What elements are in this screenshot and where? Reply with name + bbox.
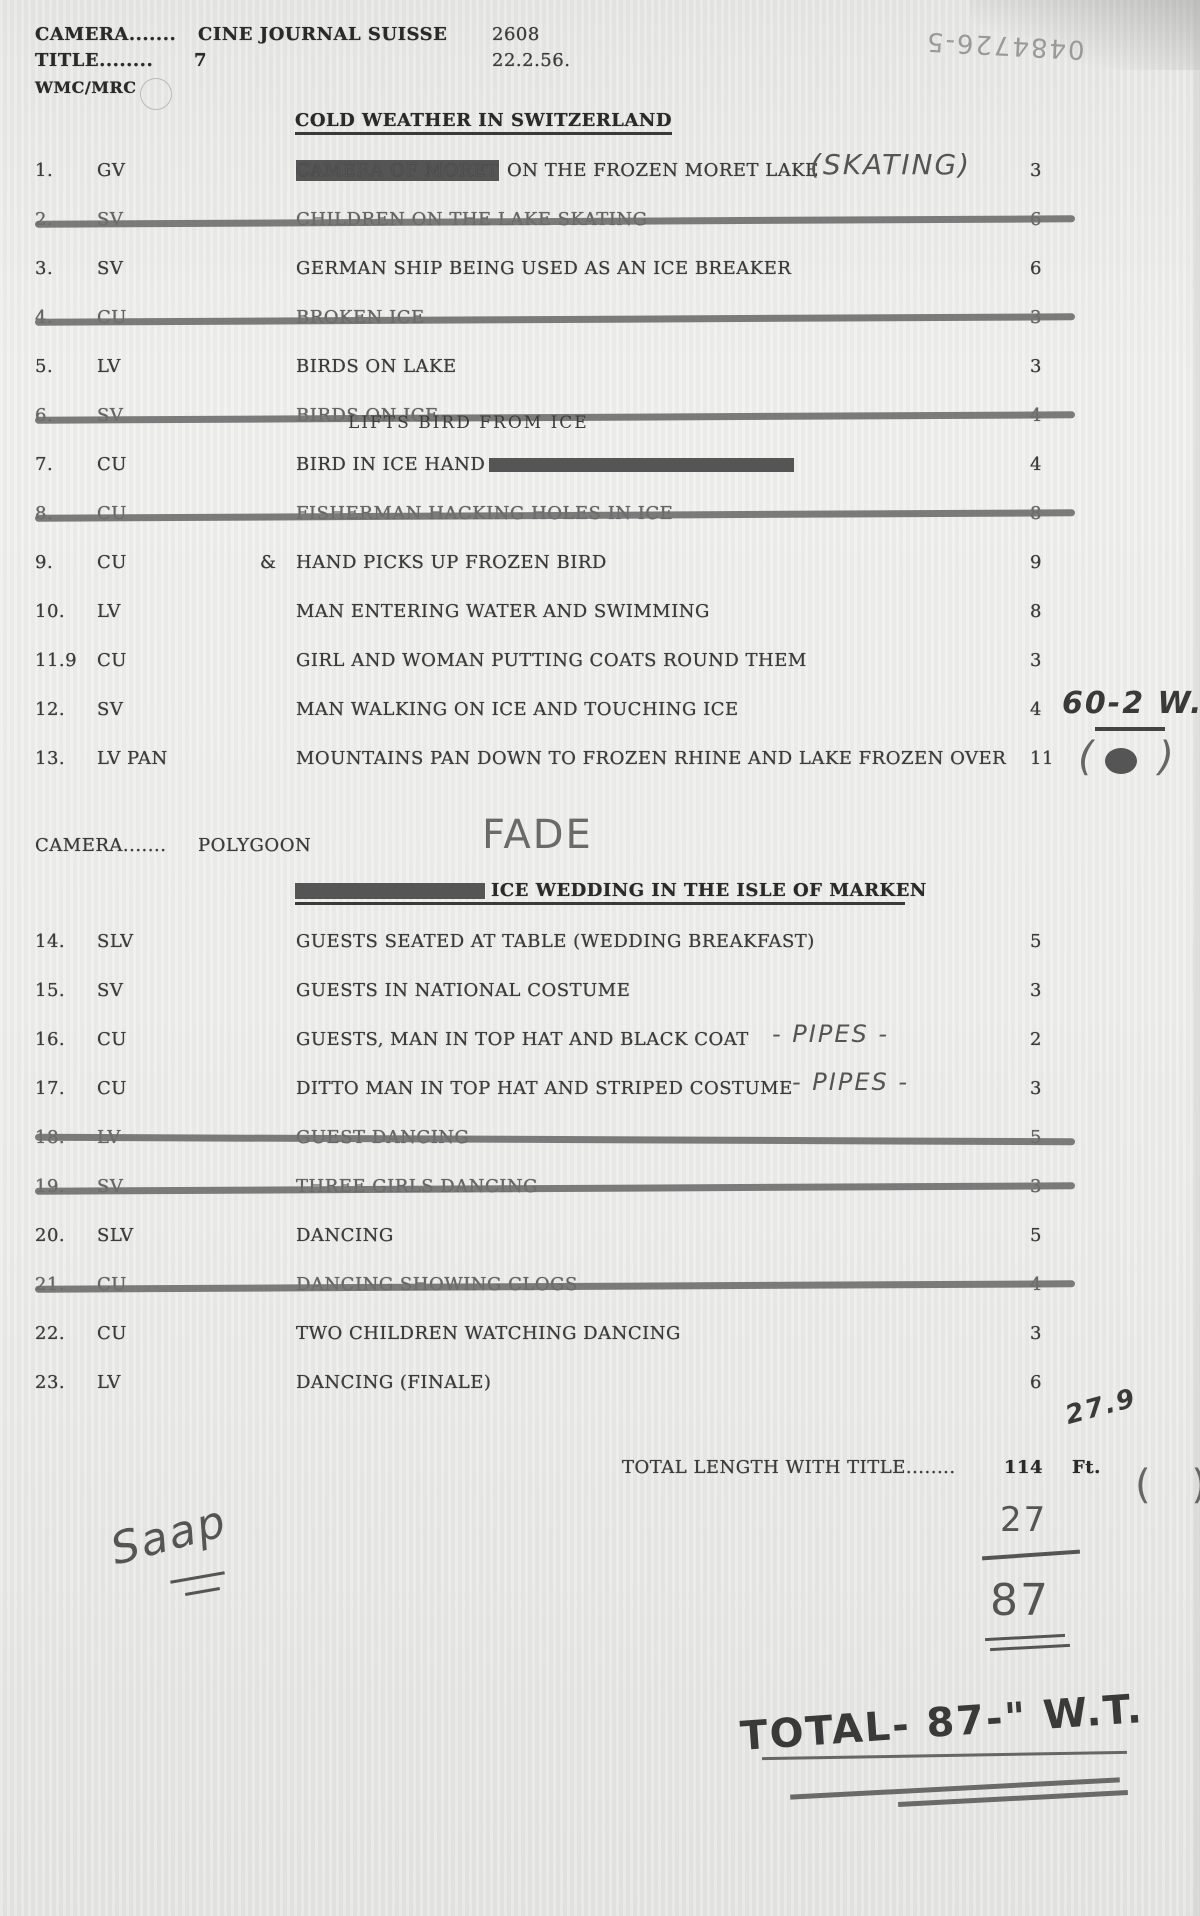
calc-double-underline-1: [985, 1634, 1065, 1641]
typed-over-block: [295, 883, 485, 899]
shot-length: 3: [1030, 1078, 1042, 1099]
initials: WMC/MRC: [35, 78, 137, 97]
shot-type: SLV: [97, 1225, 134, 1246]
date: 22.2.56.: [492, 50, 570, 71]
shot-row: 11.9CUGIRL AND WOMAN PUTTING COATS ROUND…: [0, 650, 1200, 680]
deleted-shot-row: 19.SVTHREE GIRLS DANCING3: [0, 1176, 1200, 1206]
deleted-shot-row: 21.CUDANCING SHOWING CLOGS4: [0, 1274, 1200, 1304]
shot-description: TWO CHILDREN WATCHING DANCING: [296, 1323, 681, 1344]
shot-row: 7.CUBIRD IN ICE HAND4: [0, 454, 1200, 484]
shot-row: 9.CU&HAND PICKS UP FROZEN BIRD9: [0, 552, 1200, 582]
shot-number: 3.: [35, 258, 53, 279]
camera-value: CINE JOURNAL SUISSE: [198, 24, 447, 45]
insert-above-shot-7: LIFTS BIRD FROM ICE: [348, 413, 589, 433]
shot-number: 10.: [35, 601, 65, 622]
shot-length: 4: [1030, 699, 1042, 720]
title-value: 7: [194, 50, 207, 71]
shot-type: LV: [97, 356, 121, 377]
shot-description: BIRDS ON LAKE: [296, 356, 457, 377]
story1-heading: COLD WEATHER IN SWITZERLAND: [295, 110, 672, 135]
shot-length: 3: [1030, 980, 1042, 1001]
shot-description: MOUNTAINS PAN DOWN TO FROZEN RHINE AND L…: [296, 748, 1006, 769]
shot-row: 16.CUGUESTS, MAN IN TOP HAT AND BLACK CO…: [0, 1029, 1200, 1059]
shot-number: 22.: [35, 1323, 65, 1344]
shot-length: 3: [1030, 650, 1042, 671]
shot-row: 14.SLVGUESTS SEATED AT TABLE (WEDDING BR…: [0, 931, 1200, 961]
shot-length: 3: [1030, 356, 1042, 377]
story2-camera-label: CAMERA.......: [35, 835, 166, 856]
shot-number: 23.: [35, 1372, 65, 1393]
shot-length: 6: [1030, 1372, 1042, 1393]
footer-bracket: ( ): [1135, 1462, 1200, 1508]
shot-length: 11: [1030, 748, 1054, 769]
shot-number: 14.: [35, 931, 65, 952]
shot-row: 3.SVGERMAN SHIP BEING USED AS AN ICE BRE…: [0, 258, 1200, 288]
strike-through-line: [35, 1182, 1075, 1194]
shot-description: MAN WALKING ON ICE AND TOUCHING ICE: [296, 699, 739, 720]
strike-through-line: [35, 1134, 1075, 1146]
shot-description: GERMAN SHIP BEING USED AS AN ICE BREAKER: [296, 258, 791, 279]
pipes-annotation-17: - PIPES -: [792, 1068, 909, 1096]
shot-row: 23.LVDANCING (FINALE)6: [0, 1372, 1200, 1402]
shot-type: CU: [97, 1323, 127, 1344]
shot-length: 5: [1030, 931, 1042, 952]
shot-description: DITTO MAN IN TOP HAT AND STRIPED COSTUME: [296, 1078, 793, 1099]
total-unit: Ft.: [1072, 1457, 1101, 1478]
calc-top: 27: [1000, 1500, 1047, 1540]
calc-double-underline-2: [990, 1644, 1070, 1651]
shot-type: SV: [97, 980, 123, 1001]
camera-label: CAMERA.......: [35, 24, 176, 45]
shot-type: LV PAN: [97, 748, 168, 769]
ampersand: &: [260, 552, 277, 573]
shot-length: 2: [1030, 1029, 1042, 1050]
shot-type: SLV: [97, 931, 134, 952]
shot-description: GIRL AND WOMAN PUTTING COATS ROUND THEM: [296, 650, 807, 671]
shot-row: 22.CUTWO CHILDREN WATCHING DANCING3: [0, 1323, 1200, 1353]
calc-result: 87: [990, 1575, 1050, 1626]
shot-description: DANCING: [296, 1225, 394, 1246]
ink-blot: [1105, 748, 1137, 774]
shot-description: BIRD IN ICE HAND: [296, 454, 794, 475]
shot-row: 17.CUDITTO MAN IN TOP HAT AND STRIPED CO…: [0, 1078, 1200, 1108]
shot-length: 3: [1030, 160, 1042, 181]
shot-type: SV: [97, 699, 123, 720]
total-underline-3: [898, 1790, 1128, 1807]
shot-description: GUESTS SEATED AT TABLE (WEDDING BREAKFAS…: [296, 931, 815, 952]
margin-underline: [1095, 727, 1165, 731]
shot-number: 13.: [35, 748, 65, 769]
handwritten-total: TOTAL- 87-" W.T.: [739, 1686, 1145, 1760]
shot-length: 8: [1030, 601, 1042, 622]
story2-heading: ICE WEDDING IN THE ISLE OF MARKEN: [491, 880, 927, 901]
skating-annotation: (SKATING): [810, 148, 971, 181]
deleted-shot-row: 4.CUBROKEN ICE3: [0, 307, 1200, 337]
shot-type: CU: [97, 650, 127, 671]
margin-note-wt: 60-2 W.T: [1062, 686, 1200, 721]
shot-type: SV: [97, 258, 123, 279]
shot-length: 4: [1030, 454, 1042, 475]
shot-description: GUESTS IN NATIONAL COSTUME: [296, 980, 630, 1001]
signature-underline-1: [170, 1571, 225, 1584]
shot-number: 11.9: [35, 650, 77, 671]
shot-row: 12.SVMAN WALKING ON ICE AND TOUCHING ICE…: [0, 699, 1200, 729]
shot-type: CU: [97, 552, 127, 573]
shot-description: DANCING (FINALE): [296, 1372, 491, 1393]
shot-row: 20.SLVDANCING5: [0, 1225, 1200, 1255]
total-value: 114: [1004, 1457, 1043, 1478]
shot-type: CU: [97, 1078, 127, 1099]
shot-number: 1.: [35, 160, 53, 181]
shot-number: 15.: [35, 980, 65, 1001]
shot-type: GV: [97, 160, 125, 181]
shot-length: 6: [1030, 258, 1042, 279]
pipes-annotation-16: - PIPES -: [772, 1020, 889, 1048]
shot-number: 16.: [35, 1029, 65, 1050]
shot-length: 3: [1030, 1323, 1042, 1344]
reference-number: 2608: [492, 24, 540, 45]
shot-description: GUESTS, MAN IN TOP HAT AND BLACK COAT: [296, 1029, 749, 1050]
title-label: TITLE........: [35, 50, 153, 71]
struck-text: CAMERA OF MORET: [296, 160, 499, 181]
deleted-shot-row: 8.CUFISHERMAN HACKING HOLES IN ICE8: [0, 503, 1200, 533]
shot-number: 12.: [35, 699, 65, 720]
shot-description: MAN ENTERING WATER AND SWIMMING: [296, 601, 710, 622]
shot-length: 5: [1030, 1225, 1042, 1246]
shot-length: 9: [1030, 552, 1042, 573]
shot-number: 7.: [35, 454, 53, 475]
shot-type: CU: [97, 454, 127, 475]
shot-description: CAMERA OF MORETON THE FROZEN MORET LAKE: [296, 160, 819, 181]
typed-over-block: [489, 458, 794, 472]
total-label: TOTAL LENGTH WITH TITLE........: [622, 1457, 956, 1478]
shot-number: 20.: [35, 1225, 65, 1246]
shot-row: 15.SVGUESTS IN NATIONAL COSTUME3: [0, 980, 1200, 1010]
story2-camera-value: POLYGOON: [198, 835, 311, 856]
shot-number: 5.: [35, 356, 53, 377]
shot-row: 5.LVBIRDS ON LAKE3: [0, 356, 1200, 386]
fade-note: FADE: [482, 812, 593, 858]
strike-through-line: [35, 313, 1075, 325]
deleted-shot-row: 2.SVCHILDREN ON THE LAKE SKATING6: [0, 209, 1200, 239]
shot-number: 9.: [35, 552, 53, 573]
shot-type: CU: [97, 1029, 127, 1050]
calc-line: [982, 1550, 1080, 1561]
shot-number: 17.: [35, 1078, 65, 1099]
deleted-shot-row: 6.SVBIRDS ON ICE4: [0, 405, 1200, 435]
shot-row: 1.GVCAMERA OF MORETON THE FROZEN MORET L…: [0, 160, 1200, 190]
shot-row: 13.LV PANMOUNTAINS PAN DOWN TO FROZEN RH…: [0, 748, 1200, 778]
deleted-shot-row: 18.LVGUEST DANCING5: [0, 1127, 1200, 1157]
signature-underline-2: [185, 1587, 220, 1596]
shot-type: LV: [97, 601, 121, 622]
shot-type: LV: [97, 1372, 121, 1393]
punch-hole-mark: [140, 78, 172, 110]
shot-row: 10.LVMAN ENTERING WATER AND SWIMMING8: [0, 601, 1200, 631]
document-page: CAMERA....... CINE JOURNAL SUISSE TITLE.…: [0, 0, 1200, 1916]
shot-description: HAND PICKS UP FROZEN BIRD: [296, 552, 607, 573]
signature: Saap: [105, 1496, 232, 1576]
margin-bracket: ( ): [1078, 734, 1200, 780]
story2-heading-wrap: ICE WEDDING IN THE ISLE OF MARKEN: [295, 880, 905, 905]
